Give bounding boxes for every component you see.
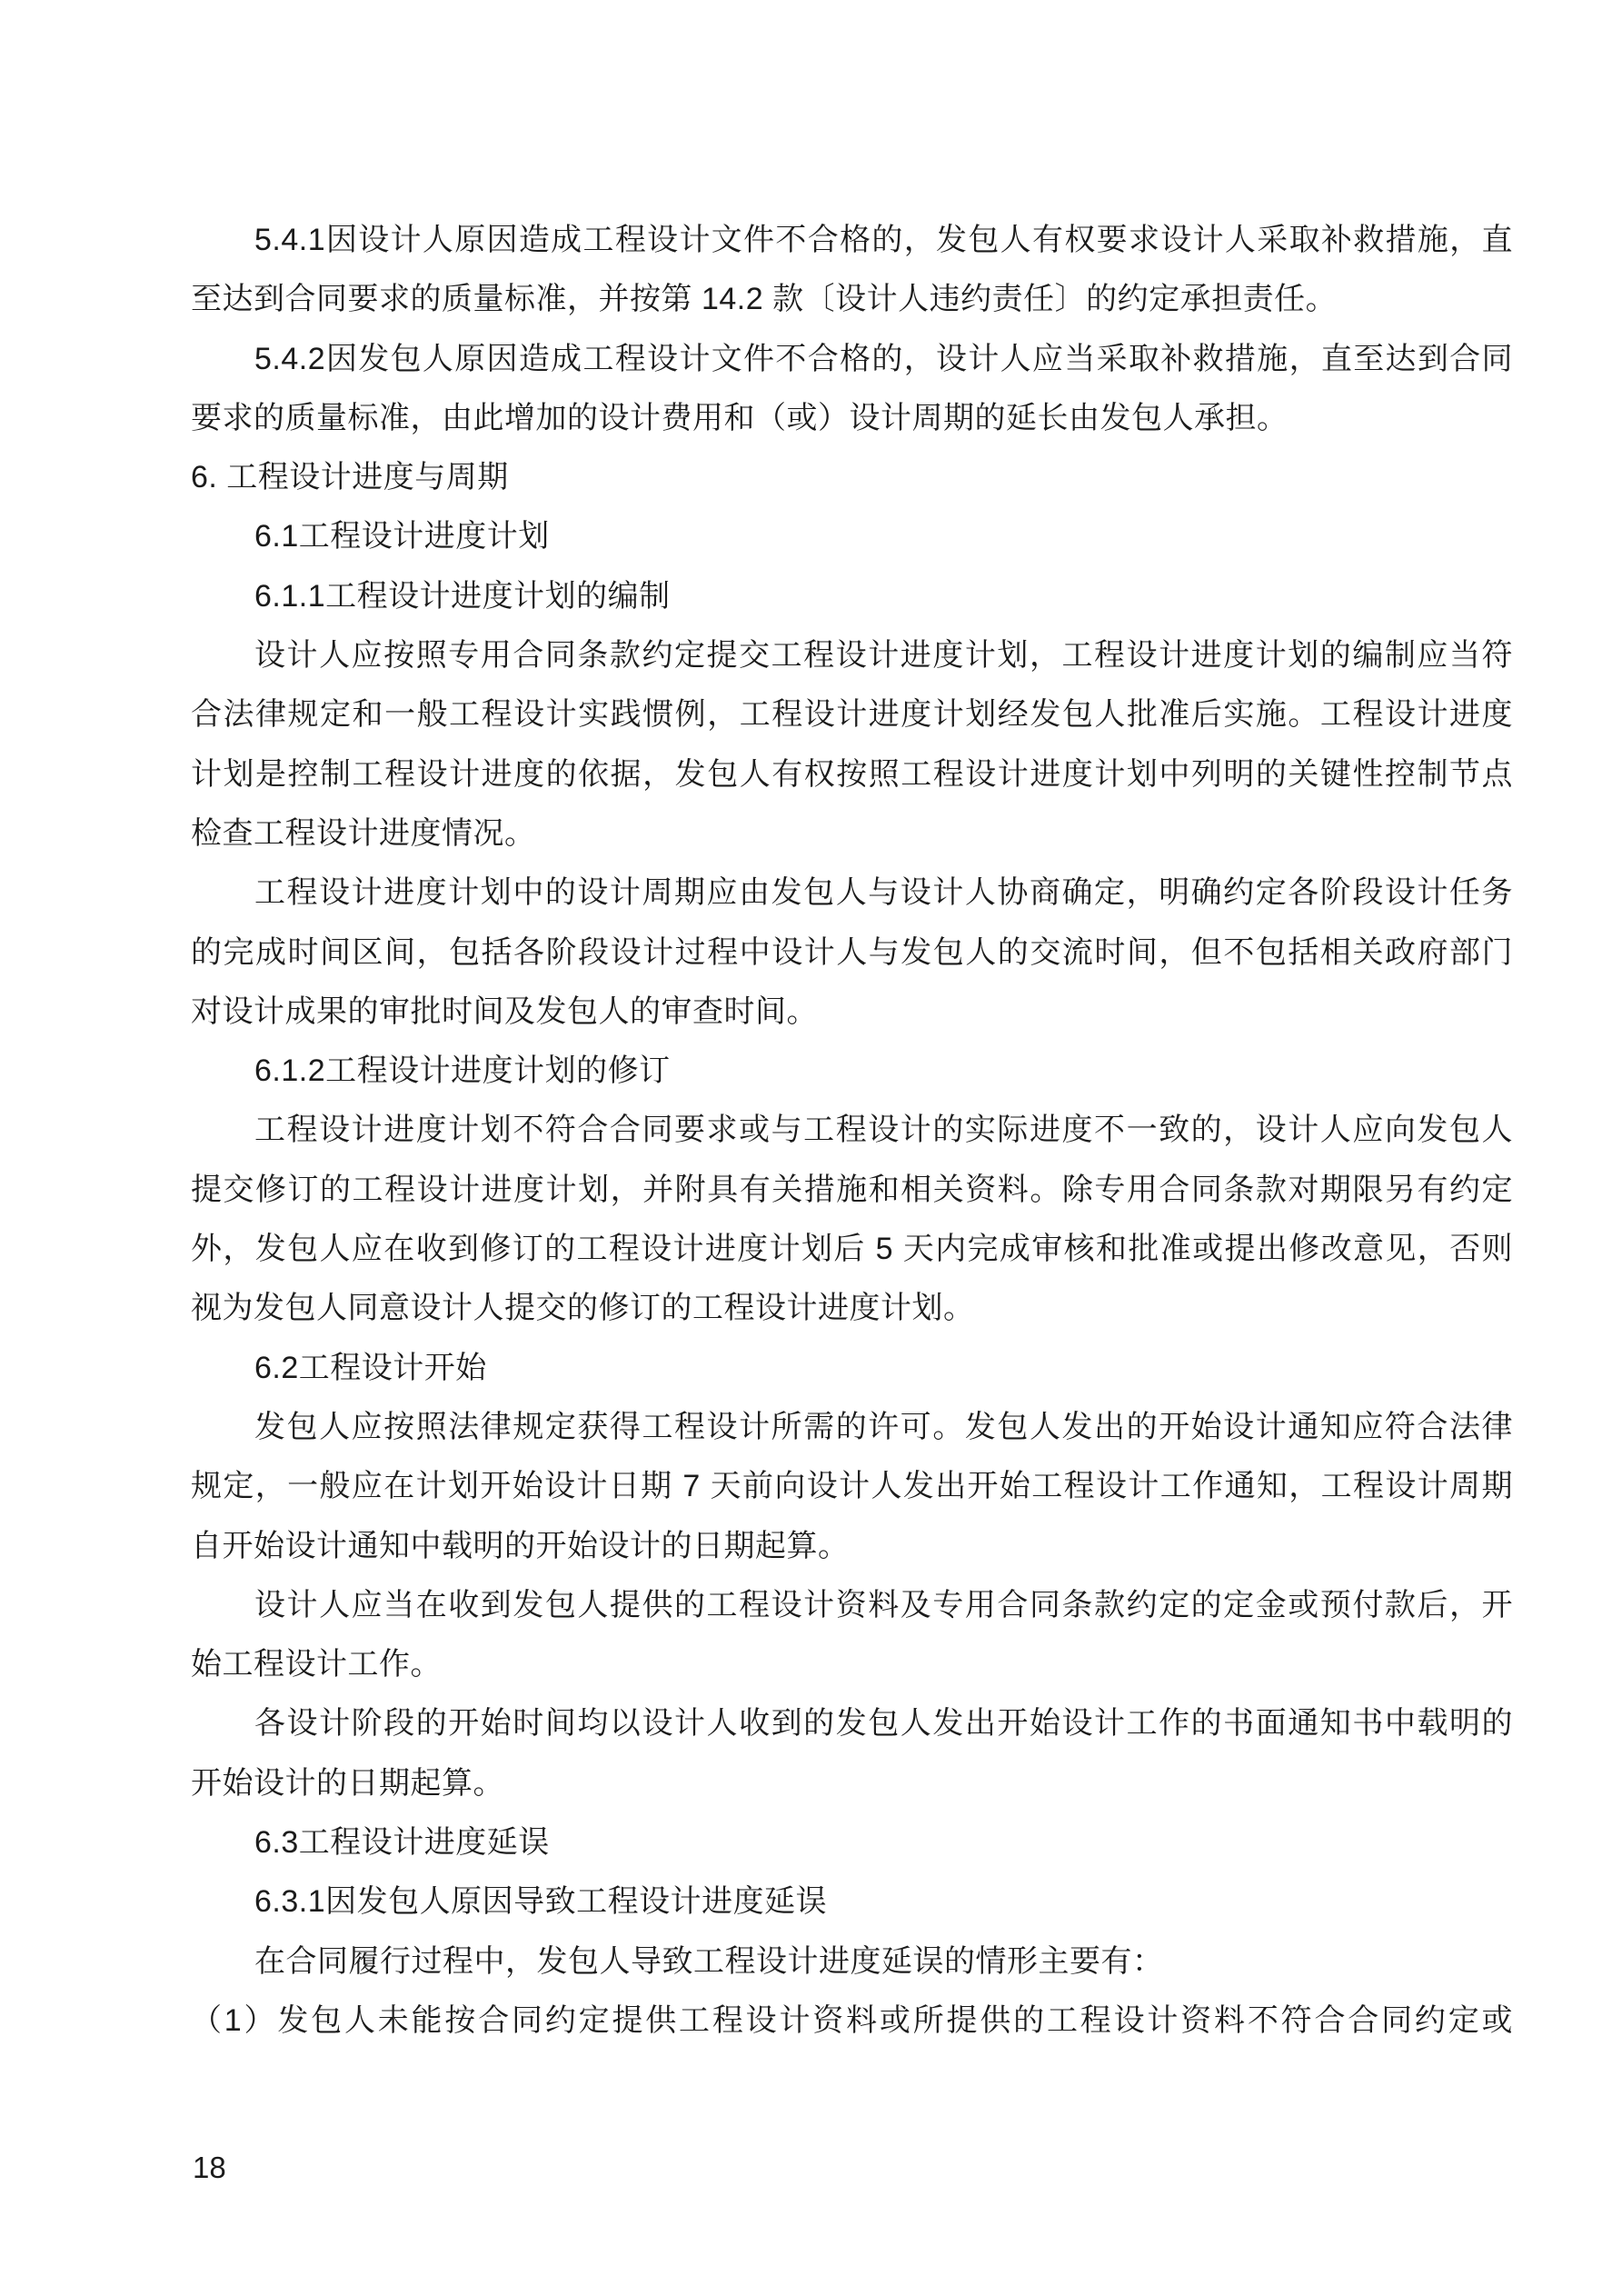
section-heading: 6.2工程设计开始 <box>191 1339 1513 1398</box>
text-line: 5.4.2因发包人原因造成工程设计文件不合格的，设计人应当采取补救措施，直至达到… <box>191 330 1513 389</box>
text-line: 在合同履行过程中，发包人导致工程设计进度延误的情形主要有： <box>191 1932 1513 1992</box>
text-line: 各设计阶段的开始时间均以设计人收到的发包人发出开始设计工作的书面通知书中载明的 <box>191 1694 1513 1753</box>
text-line: 工程设计进度计划中的设计周期应由发包人与设计人协商确定，明确约定各阶段设计任务 <box>191 863 1513 923</box>
text-line: 自开始设计通知中载明的开始设计的日期起算。 <box>191 1517 1513 1576</box>
section-heading: 6. 工程设计进度与周期 <box>191 448 1513 507</box>
text-line: 设计人应按照专用合同条款约定提交工程设计进度计划，工程设计进度计划的编制应当符 <box>191 626 1513 685</box>
text-line: 始工程设计工作。 <box>191 1635 1513 1694</box>
section-heading: 6.1.2工程设计进度计划的修订 <box>191 1042 1513 1101</box>
text-line: 设计人应当在收到发包人提供的工程设计资料及专用合同条款约定的定金或预付款后，开 <box>191 1576 1513 1635</box>
text-line: 开始设计的日期起算。 <box>191 1754 1513 1813</box>
section-heading: 6.1.1工程设计进度计划的编制 <box>191 567 1513 626</box>
text-line: 检查工程设计进度情况。 <box>191 804 1513 863</box>
text-line: 合法律规定和一般工程设计实践惯例，工程设计进度计划经发包人批准后实施。工程设计进… <box>191 685 1513 744</box>
text-line: 至达到合同要求的质量标准，并按第 14.2 款〔设计人违约责任〕的约定承担责任。 <box>191 270 1513 329</box>
text-line: 的完成时间区间，包括各阶段设计过程中设计人与发包人的交流时间，但不包括相关政府部… <box>191 923 1513 983</box>
contract-text-block: 5.4.1因设计人原因造成工程设计文件不合格的，发包人有权要求设计人采取补救措施… <box>191 211 1513 2051</box>
text-line: 要求的质量标准，由此增加的设计费用和（或）设计周期的延长由发包人承担。 <box>191 389 1513 448</box>
text-line: 提交修订的工程设计进度计划，并附具有关措施和相关资料。除专用合同条款对期限另有约… <box>191 1161 1513 1220</box>
text-line: 规定，一般应在计划开始设计日期 7 天前向设计人发出开始工程设计工作通知，工程设… <box>191 1457 1513 1516</box>
text-line: 对设计成果的审批时间及发包人的审查时间。 <box>191 983 1513 1042</box>
text-line: 视为发包人同意设计人提交的修订的工程设计进度计划。 <box>191 1279 1513 1338</box>
section-heading: 6.1工程设计进度计划 <box>191 507 1513 566</box>
text-line: 发包人应按照法律规定获得工程设计所需的许可。发包人发出的开始设计通知应符合法律 <box>191 1398 1513 1457</box>
text-line: 工程设计进度计划不符合合同要求或与工程设计的实际进度不一致的，设计人应向发包人 <box>191 1101 1513 1160</box>
document-page: 5.4.1因设计人原因造成工程设计文件不合格的，发包人有权要求设计人采取补救措施… <box>0 0 1622 2296</box>
text-line: 外，发包人应在收到修订的工程设计进度计划后 5 天内完成审核和批准或提出修改意见… <box>191 1220 1513 1279</box>
page-number: 18 <box>193 2138 226 2197</box>
section-heading: 6.3.1因发包人原因导致工程设计进度延误 <box>191 1872 1513 1932</box>
text-line: （1）发包人未能按合同约定提供工程设计资料或所提供的工程设计资料不符合合同约定或 <box>191 1992 1513 2051</box>
text-line: 5.4.1因设计人原因造成工程设计文件不合格的，发包人有权要求设计人采取补救措施… <box>191 211 1513 270</box>
section-heading: 6.3工程设计进度延误 <box>191 1813 1513 1872</box>
text-line: 计划是控制工程设计进度的依据，发包人有权按照工程设计进度计划中列明的关键性控制节… <box>191 745 1513 804</box>
